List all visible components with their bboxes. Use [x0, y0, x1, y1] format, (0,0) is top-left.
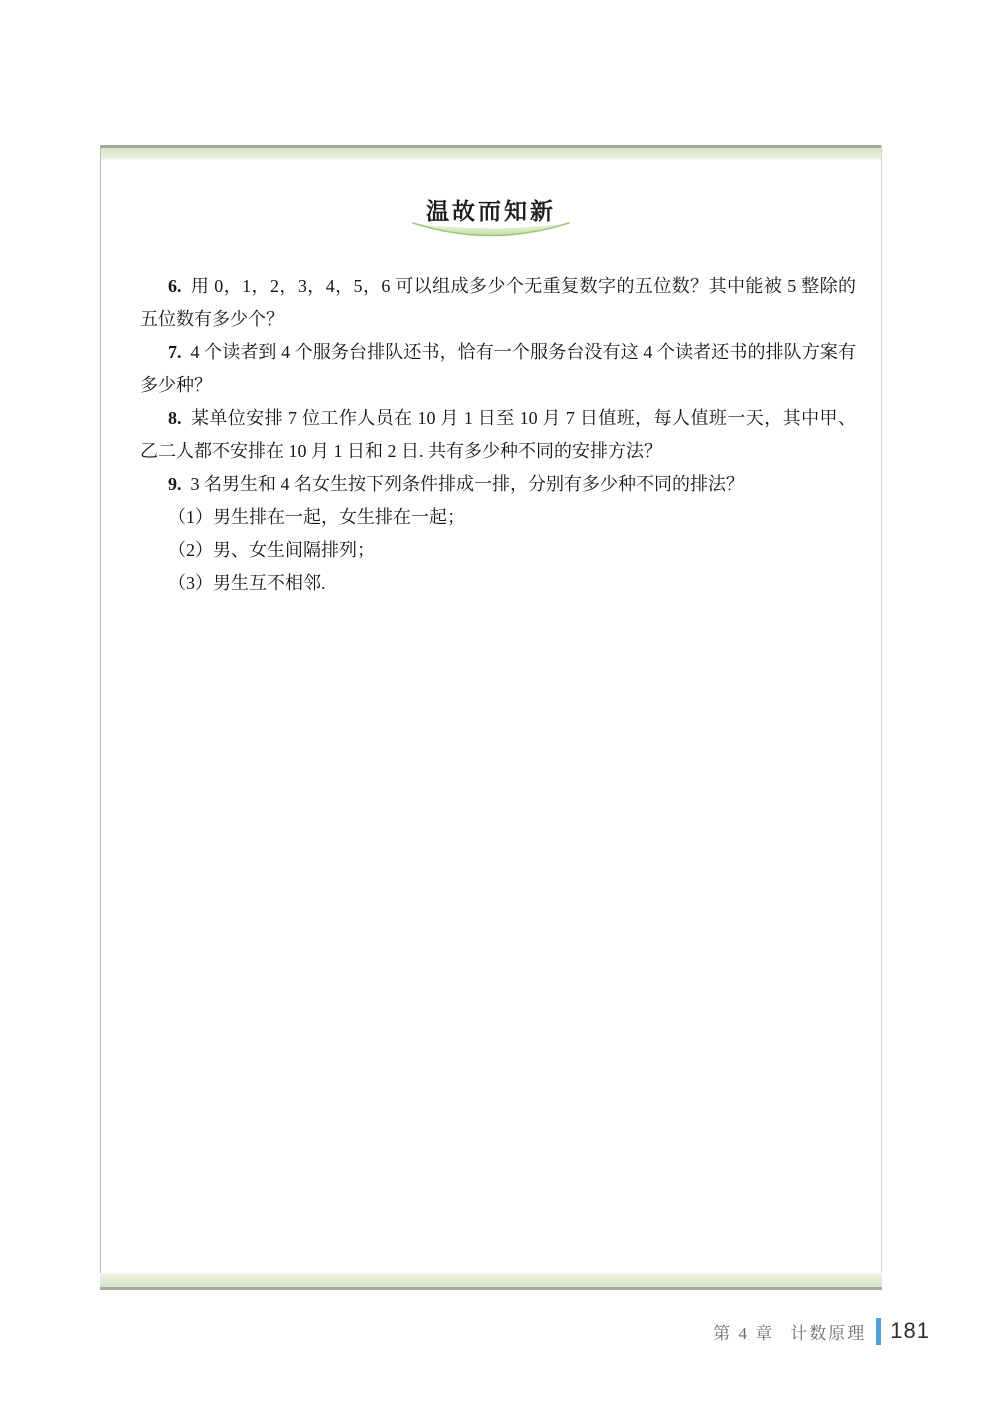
section-title: 温故而知新: [426, 193, 556, 226]
problem-9-text: 3 名男生和 4 名女生按下列条件排成一排，分别有多少种不同的排法？: [191, 474, 745, 494]
problem-8: 8.某单位安排 7 位工作人员在 10 月 1 日至 10 月 7 日值班，每人…: [140, 402, 856, 468]
problem-7: 7.4 个读者到 4 个服务台排队还书，恰有一个服务台没有这 4 个读者还书的排…: [140, 336, 856, 402]
problem-9: 9.3 名男生和 4 名女生按下列条件排成一排，分别有多少种不同的排法？: [140, 468, 856, 501]
bottom-green-band: [100, 1273, 882, 1290]
page-footer: 第 4 章 计数原理 181: [713, 1316, 930, 1346]
problem-9-subitem-1: （1）男生排在一起，女生排在一起；: [140, 501, 856, 534]
problem-9-subitem-3: （3）男生互不相邻.: [140, 567, 856, 600]
problem-9-number: 9.: [168, 474, 182, 494]
right-border-line: [881, 145, 882, 1290]
problem-9-subitem-2: （2）男、女生间隔排列；: [140, 534, 856, 567]
problem-6-text: 用 0，1，2，3，4，5，6 可以组成多少个无重复数字的五位数？其中能被 5 …: [140, 276, 856, 329]
chapter-label: 第 4 章: [713, 1319, 774, 1344]
problem-7-number: 7.: [168, 342, 182, 362]
content-frame: 温故而知新 6.用 0，1，2，3，4，5，6 可以组成多少个无重复数字的五位数…: [100, 145, 882, 1290]
problem-6-number: 6.: [168, 276, 182, 296]
problem-7-text: 4 个读者到 4 个服务台排队还书，恰有一个服务台没有这 4 个读者还书的排队方…: [140, 342, 856, 395]
footer-accent-bar: [876, 1318, 881, 1345]
problem-6: 6.用 0，1，2，3，4，5，6 可以组成多少个无重复数字的五位数？其中能被 …: [140, 270, 856, 336]
top-green-band: [100, 145, 882, 160]
problems-list: 6.用 0，1，2，3，4，5，6 可以组成多少个无重复数字的五位数？其中能被 …: [140, 270, 856, 600]
left-border-line: [100, 145, 101, 1290]
textbook-page: { "header": { "title": "温故而知新" }, "probl…: [0, 0, 1000, 1422]
problem-8-number: 8.: [168, 408, 182, 428]
page-number: 181: [890, 1318, 930, 1344]
problem-8-text: 某单位安排 7 位工作人员在 10 月 1 日至 10 月 7 日值班，每人值班…: [140, 408, 856, 461]
chapter-section-title: 计数原理: [790, 1319, 866, 1344]
section-header: 温故而知新: [100, 193, 882, 241]
